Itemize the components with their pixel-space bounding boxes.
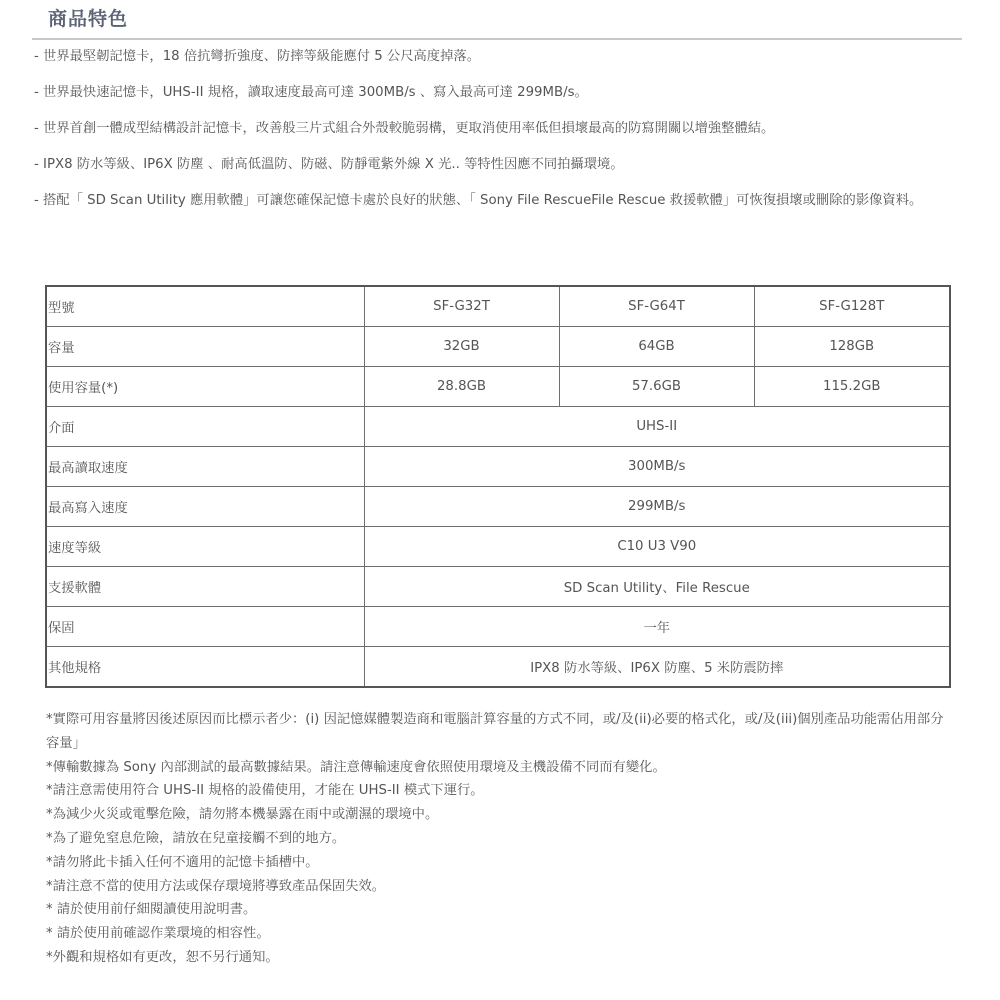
cell-value: 115.2GB: [754, 367, 950, 407]
cell-value: 57.6GB: [559, 367, 754, 407]
cell-value: C10 U3 V90: [364, 527, 950, 567]
cell-value: 299MB/s: [364, 487, 950, 527]
cell-value: SF-G128T: [754, 286, 950, 327]
footnote: *為減少火災或電擊危險，請勿將本機暴露在雨中或潮濕的環境中。: [46, 803, 956, 827]
table-row-other-specs: 其他規格 IPX8 防水等級、IP6X 防塵、5 米防震防摔: [46, 647, 950, 688]
cell-value: SF-G64T: [559, 286, 754, 327]
cell-value: UHS-II: [364, 407, 950, 447]
footnote: *為了避免窒息危險，請放在兒童接觸不到的地方。: [46, 827, 956, 851]
feature-item: - IPX8 防水等級、IP6X 防塵 、耐高低溫防、防磁、防靜電紫外線 X 光…: [34, 152, 964, 178]
table-row-write-speed: 最高寫入速度 299MB/s: [46, 487, 950, 527]
feature-item: - 世界最快速記憶卡，UHS-II 規格，讀取速度最高可達 300MB/s 、寫…: [34, 80, 964, 106]
footnote: *請注意不當的使用方法或保存環境將導致產品保固失效。: [46, 875, 956, 899]
row-label: 使用容量(*): [46, 367, 364, 407]
footnote: *外觀和規格如有更改，恕不另行通知。: [46, 946, 956, 970]
cell-value: SF-G32T: [364, 286, 559, 327]
footnote: * 請於使用前確認作業環境的相容性。: [46, 922, 956, 946]
table-row-speed-class: 速度等級 C10 U3 V90: [46, 527, 950, 567]
footnote: *請注意需使用符合 UHS-II 規格的設備使用，才能在 UHS-II 模式下運…: [46, 779, 956, 803]
cell-value: 一年: [364, 607, 950, 647]
row-label: 支援軟體: [46, 567, 364, 607]
cell-value: 128GB: [754, 327, 950, 367]
table-row-interface: 介面 UHS-II: [46, 407, 950, 447]
cell-value: SD Scan Utility、File Rescue: [364, 567, 950, 607]
cell-value: 64GB: [559, 327, 754, 367]
row-label: 其他規格: [46, 647, 364, 688]
table-row-read-speed: 最高讀取速度 300MB/s: [46, 447, 950, 487]
feature-item: - 搭配「 SD Scan Utility 應用軟體」可讓您確保記憶卡處於良好的…: [34, 188, 964, 214]
row-label: 最高讀取速度: [46, 447, 364, 487]
table-row-usable-capacity: 使用容量(*) 28.8GB 57.6GB 115.2GB: [46, 367, 950, 407]
table-row-model: 型號 SF-G32T SF-G64T SF-G128T: [46, 286, 950, 327]
row-label: 型號: [46, 286, 364, 327]
section-title: 商品特色: [48, 6, 128, 32]
row-label: 最高寫入速度: [46, 487, 364, 527]
cell-value: 300MB/s: [364, 447, 950, 487]
footnote-list: *實際可用容量將因後述原因而比標示者少：(i) 因記憶媒體製造商和電腦計算容量的…: [46, 708, 956, 970]
footnote: *請勿將此卡插入任何不適用的記憶卡插槽中。: [46, 851, 956, 875]
row-label: 介面: [46, 407, 364, 447]
footnote: * 請於使用前仔細閱讀使用說明書。: [46, 898, 956, 922]
cell-value: 32GB: [364, 327, 559, 367]
footnote: *傳輸數據為 Sony 內部測試的最高數據結果。請注意傳輸速度會依照使用環境及主…: [46, 756, 956, 780]
table-row-software: 支援軟體 SD Scan Utility、File Rescue: [46, 567, 950, 607]
feature-item: - 世界首創一體成型結構設計記憶卡，改善般三片式組合外殼較脆弱構，更取消使用率低…: [34, 116, 964, 142]
table-row-warranty: 保固 一年: [46, 607, 950, 647]
footnote: *實際可用容量將因後述原因而比標示者少：(i) 因記憶媒體製造商和電腦計算容量的…: [46, 708, 956, 756]
feature-list: - 世界最堅韌記憶卡，18 倍抗彎折強度、防摔等級能應付 5 公尺高度掉落。 -…: [34, 44, 964, 224]
cell-value: 28.8GB: [364, 367, 559, 407]
row-label: 速度等級: [46, 527, 364, 567]
table-row-capacity: 容量 32GB 64GB 128GB: [46, 327, 950, 367]
title-divider: [32, 38, 962, 40]
row-label: 容量: [46, 327, 364, 367]
feature-item: - 世界最堅韌記憶卡，18 倍抗彎折強度、防摔等級能應付 5 公尺高度掉落。: [34, 44, 964, 70]
row-label: 保固: [46, 607, 364, 647]
cell-value: IPX8 防水等級、IP6X 防塵、5 米防震防摔: [364, 647, 950, 688]
spec-table: 型號 SF-G32T SF-G64T SF-G128T 容量 32GB 64GB…: [45, 285, 951, 688]
